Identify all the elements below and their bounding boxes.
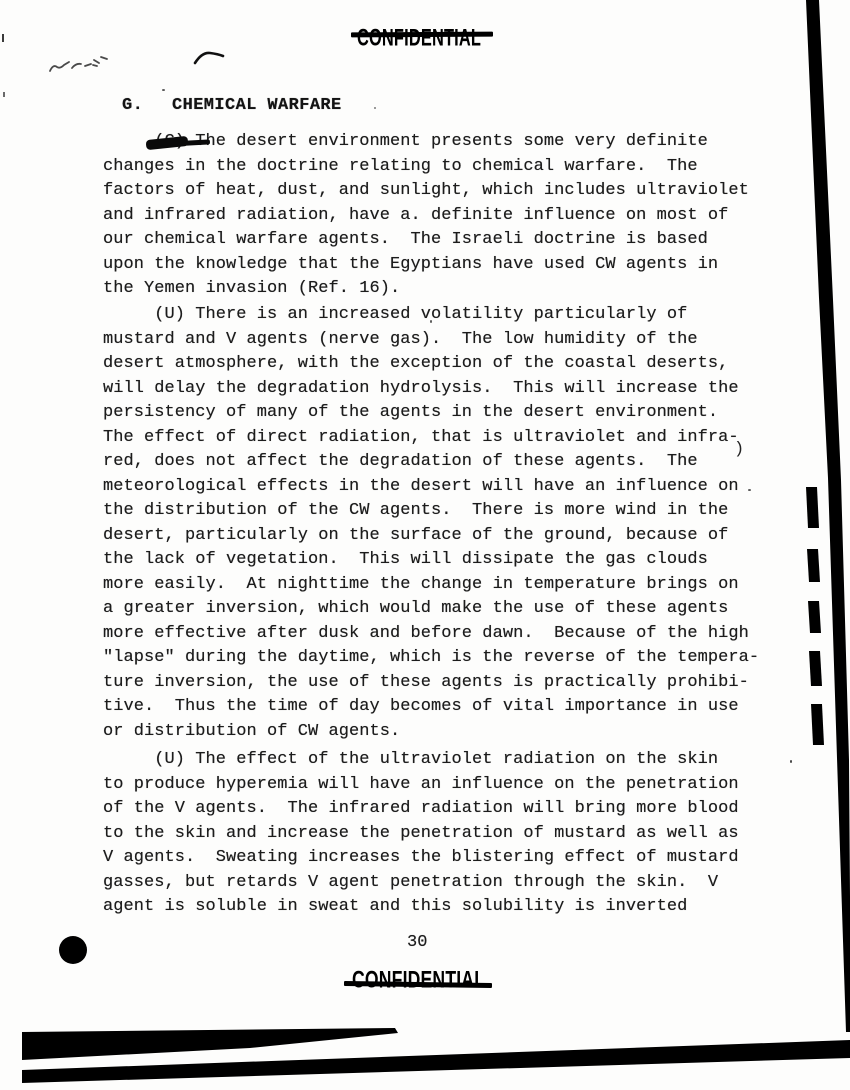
- section-title: CHEMICAL WARFARE: [172, 96, 342, 115]
- page-number: 30: [407, 933, 427, 952]
- pen-curve-mark: [193, 48, 225, 73]
- handwritten-squiggle: [48, 54, 110, 83]
- paragraph-3: (U) The effect of the ultraviolet radiat…: [103, 748, 739, 920]
- margin-tick-mark: [3, 92, 5, 97]
- section-label: G.: [122, 96, 143, 115]
- scanned-document-page: CONFIDENTIAL G. CHEMICAL WARFARE (C) The…: [0, 0, 850, 1090]
- scan-dash: [807, 549, 820, 582]
- classification-stamp-top: CONFIDENTIAL: [357, 25, 481, 53]
- scan-right-edge-band: [806, 0, 850, 1032]
- scan-dash: [809, 651, 822, 686]
- scan-speck: [374, 107, 376, 109]
- margin-tick-mark: [2, 34, 4, 42]
- scan-dash: [811, 704, 824, 745]
- paragraph-1: (C) The desert environment presents some…: [103, 130, 749, 302]
- scan-speck: [430, 320, 432, 323]
- scan-speck: [748, 489, 751, 491]
- scan-dash: [806, 487, 819, 528]
- paragraph-2: (U) There is an increased volatility par…: [103, 303, 759, 744]
- hole-punch-dot: [59, 936, 87, 964]
- scan-bottom-stripe: [22, 1040, 850, 1083]
- scan-dash: [808, 601, 821, 633]
- stamp-strikethrough-line-top: [351, 32, 493, 38]
- scan-speck: [162, 89, 165, 91]
- margin-paren-mark: ): [734, 440, 744, 459]
- scan-speck: [790, 760, 792, 763]
- scan-bottom-wedge: [22, 1028, 398, 1060]
